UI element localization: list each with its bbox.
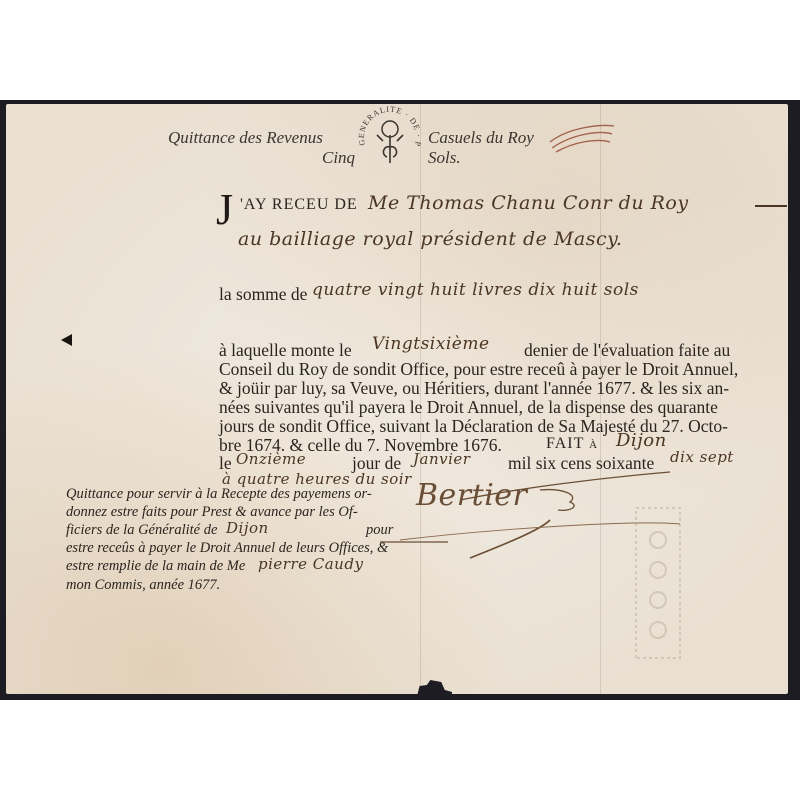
fill-dash xyxy=(755,205,787,207)
dropcap: J xyxy=(216,188,233,232)
side-line-3: ficiers de la Généralité de xyxy=(66,522,217,539)
monte-prefix: à laquelle monte le xyxy=(219,340,352,361)
red-ink-flourish xyxy=(548,120,618,160)
header-left: Quittance des Revenus xyxy=(168,128,323,148)
body-line-2: Conseil du Roy de sondit Office, pour es… xyxy=(219,359,738,380)
recipient-line-1: Me Thomas Chanu Conr du Roy xyxy=(368,192,689,214)
clerk-handwritten: pierre Caudy xyxy=(258,555,363,573)
monte-suffix: denier de l'évaluation faite au xyxy=(524,340,730,361)
opening-text: 'AY RECEU DE xyxy=(240,196,358,214)
day-handwritten: Onzième xyxy=(236,450,306,468)
generalite-seal: GENERALITE · DE · PARIS xyxy=(355,105,425,175)
fait-label: FAIT à xyxy=(546,435,598,453)
price-right: Sols. xyxy=(428,148,461,168)
svg-text:GENERALITE · DE · PARIS: GENERALITE · DE · PARIS xyxy=(352,98,423,147)
side-place-handwritten: Dijon xyxy=(226,519,269,537)
header-right: Casuels du Roy xyxy=(428,128,534,148)
place-handwritten: Dijon xyxy=(616,430,667,451)
recipient-line-2: au bailliage royal président de Mascy. xyxy=(238,228,622,250)
monte-handwritten: Vingtsixième xyxy=(372,334,490,354)
embossed-stamp xyxy=(630,560,790,660)
side-line-2: donnez estre faits pour Prest & avance p… xyxy=(66,504,358,521)
embossed-stamp-icon xyxy=(630,500,690,660)
seal-text: GENERALITE · DE · PARIS xyxy=(352,98,423,147)
sum-label: la somme de xyxy=(219,284,307,305)
sum-handwritten: quatre vingt huit livres dix huit sols xyxy=(312,280,639,300)
fleur-de-lis-crown-icon: GENERALITE · DE · PARIS xyxy=(355,105,425,175)
side-line-5: estre remplie de la main de Me xyxy=(66,558,245,575)
ink-mark xyxy=(61,334,72,346)
body-line-3: & joüir par luy, sa Veuve, ou Héritiers,… xyxy=(219,378,729,399)
side-line-6: mon Commis, année 1677. xyxy=(66,577,220,594)
side-line-1: Quittance pour servir à la Recepte des p… xyxy=(66,486,372,503)
price-left: Cinq xyxy=(322,148,355,168)
body-line-4: nées suivantes qu'il payera le Droit Ann… xyxy=(219,397,718,418)
